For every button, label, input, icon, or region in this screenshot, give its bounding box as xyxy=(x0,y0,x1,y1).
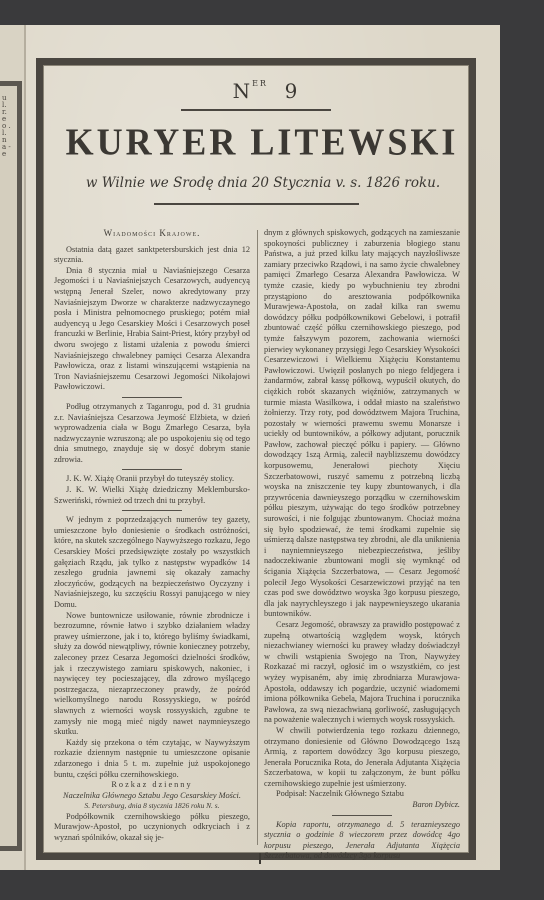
page-border-frame: NER 9 KURYER LITEWSKI w Wilnie we Srodę … xyxy=(36,58,476,860)
order-place-date: S. Petersburg, dnia 8 stycznia 1826 roku… xyxy=(54,801,250,812)
left-column: Wiadomości Krajowe. Ostatnia datą gazet … xyxy=(54,228,250,844)
paragraph: dnym z głównych spiskowych, godzących na… xyxy=(264,228,460,620)
right-column: dnym z głównych spiskowych, godzących na… xyxy=(264,228,460,862)
paragraph: Nowe buntownicze usiłowanie, równie zbro… xyxy=(54,611,250,738)
divider xyxy=(122,469,182,470)
paragraph: Podpółkownik czernihowskiego półku piesz… xyxy=(54,812,250,844)
signature: Baron Dybicz. xyxy=(264,800,460,811)
divider xyxy=(122,397,182,398)
section-header: Wiadomości Krajowe. xyxy=(54,228,250,239)
newspaper-title: KURYER LITEWSKI xyxy=(55,120,469,164)
paragraph: Dnia 8 stycznia miał u Naviaśniejszego C… xyxy=(54,266,250,393)
divider xyxy=(332,815,392,816)
paragraph: Każdy się przekona o tém czytając, w Nay… xyxy=(54,738,250,780)
paragraph: J. K. W. Wielki Xiążę dziedziczny Meklem… xyxy=(54,485,250,506)
page-mark xyxy=(259,853,261,864)
paragraph: W chwili potwierdzenia tego rozkazu dzie… xyxy=(264,726,460,790)
order-subtitle: Naczelnika Głównego Sztabu Jego Cesarski… xyxy=(54,791,250,802)
paragraph: Ostatnia datą gazet sanktpetersburskich … xyxy=(54,245,250,266)
paragraph: J. K. W. Xiążę Oranii przybył do tuteysz… xyxy=(54,474,250,485)
number-prefix: N xyxy=(233,79,253,103)
divider xyxy=(122,510,182,511)
paragraph: Podług otrzymanych z Taganrogu, pod d. 3… xyxy=(54,402,250,466)
issue-number: NER 9 xyxy=(63,79,469,103)
previous-page-text: u l. r. e o . l. n a - e xyxy=(2,95,12,158)
dateline: w Wilnie we Srodę dnia 20 Stycznia v. s.… xyxy=(57,175,469,191)
masthead: NER 9 KURYER LITEWSKI w Wilnie we Srodę … xyxy=(43,79,469,205)
previous-page-edge: u l. r. e o . l. n a - e xyxy=(0,25,24,870)
paragraph: Kopia raportu, otrzymanego d. 5 teraznie… xyxy=(264,820,460,862)
masthead-rule-top xyxy=(181,109,331,111)
number-value: 9 xyxy=(285,79,300,103)
newspaper-page: NER 9 KURYER LITEWSKI w Wilnie we Srodę … xyxy=(26,25,500,870)
paragraph: Cesarz Jegomość, obrawszy za prawidło po… xyxy=(264,620,460,726)
column-divider xyxy=(257,230,258,845)
signed-line: Podpisał: Naczelnik Głównego Sztabu xyxy=(264,789,460,800)
masthead-rule-bottom xyxy=(154,203,359,205)
previous-page-frame xyxy=(0,81,22,851)
number-superscript: ER xyxy=(252,79,268,88)
order-title: Rozkaz dzienny xyxy=(54,780,250,791)
paragraph: W jednym z poprzedzających numerów tey g… xyxy=(54,515,250,610)
